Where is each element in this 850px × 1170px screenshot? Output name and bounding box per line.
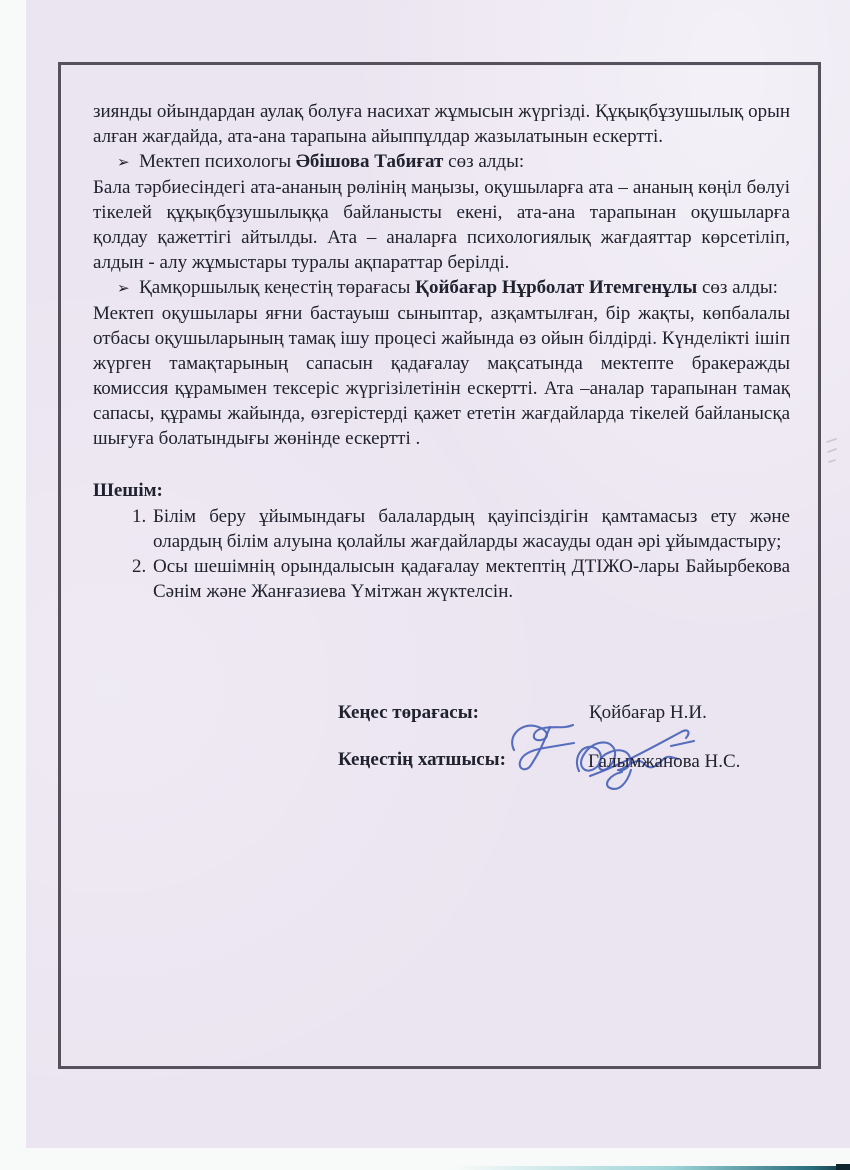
scanner-edge-artifact — [455, 1166, 850, 1170]
decision-item-text: Білім беру ұйымындағы балалардың қауіпсі… — [153, 506, 790, 552]
margin-pencil-mark — [824, 436, 840, 470]
decision-item-text: Осы шешімнің орындалысын қадағалау мекте… — [153, 556, 790, 602]
decision-heading: Шешім: — [93, 478, 790, 503]
signature-name-secretary: Галымжанова Н.С. — [588, 751, 740, 773]
speaker-line-psychologist: ➢ Мектеп психологы Әбішова Табиғат сөз а… — [93, 149, 790, 175]
scanner-edge-corner — [836, 1164, 850, 1170]
speaker-suffix: сөз алды: — [448, 151, 524, 172]
page-border-frame: зиянды ойындардан аулақ болуға насихат ж… — [58, 62, 821, 1069]
document-body: зиянды ойындардан аулақ болуға насихат ж… — [93, 99, 790, 604]
secretary-signature-ink — [498, 720, 588, 775]
speaker-name: Қойбағар Нұрболат Итемгенұлы — [415, 277, 697, 298]
speech-paragraph-psychologist: Бала тәрбиесіндегі ата-ананың рөлінің ма… — [93, 175, 790, 275]
speech-paragraph-chairman: Мектеп оқушылары яғни бастауыш сыныптар,… — [93, 301, 790, 451]
decision-item: Осы шешімнің орындалысын қадағалау мекте… — [151, 554, 790, 604]
speaker-intro: Қамқоршылық кеңестің төрағасы — [139, 277, 410, 298]
decision-item: Білім беру ұйымындағы балалардың қауіпсі… — [151, 504, 790, 554]
speaker-name: Әбішова Табиғат — [296, 151, 444, 172]
speaker-intro: Мектеп психологы — [139, 151, 291, 172]
arrow-bullet-icon: ➢ — [117, 153, 130, 171]
signature-role-secretary: Кеңестің хатшысы: — [338, 749, 506, 771]
signature-name-chairman: Қойбағар Н.И. — [589, 702, 707, 724]
speaker-line-chairman: ➢ Қамқоршылық кеңестің төрағасы Қойбағар… — [93, 275, 790, 301]
signature-role-chairman: Кеңес төрағасы: — [338, 702, 479, 724]
intro-paragraph: зиянды ойындардан аулақ болуға насихат ж… — [93, 99, 790, 149]
speaker-suffix: сөз алды: — [702, 277, 778, 298]
decision-list: Білім беру ұйымындағы балалардың қауіпсі… — [93, 504, 790, 604]
arrow-bullet-icon: ➢ — [117, 279, 130, 297]
